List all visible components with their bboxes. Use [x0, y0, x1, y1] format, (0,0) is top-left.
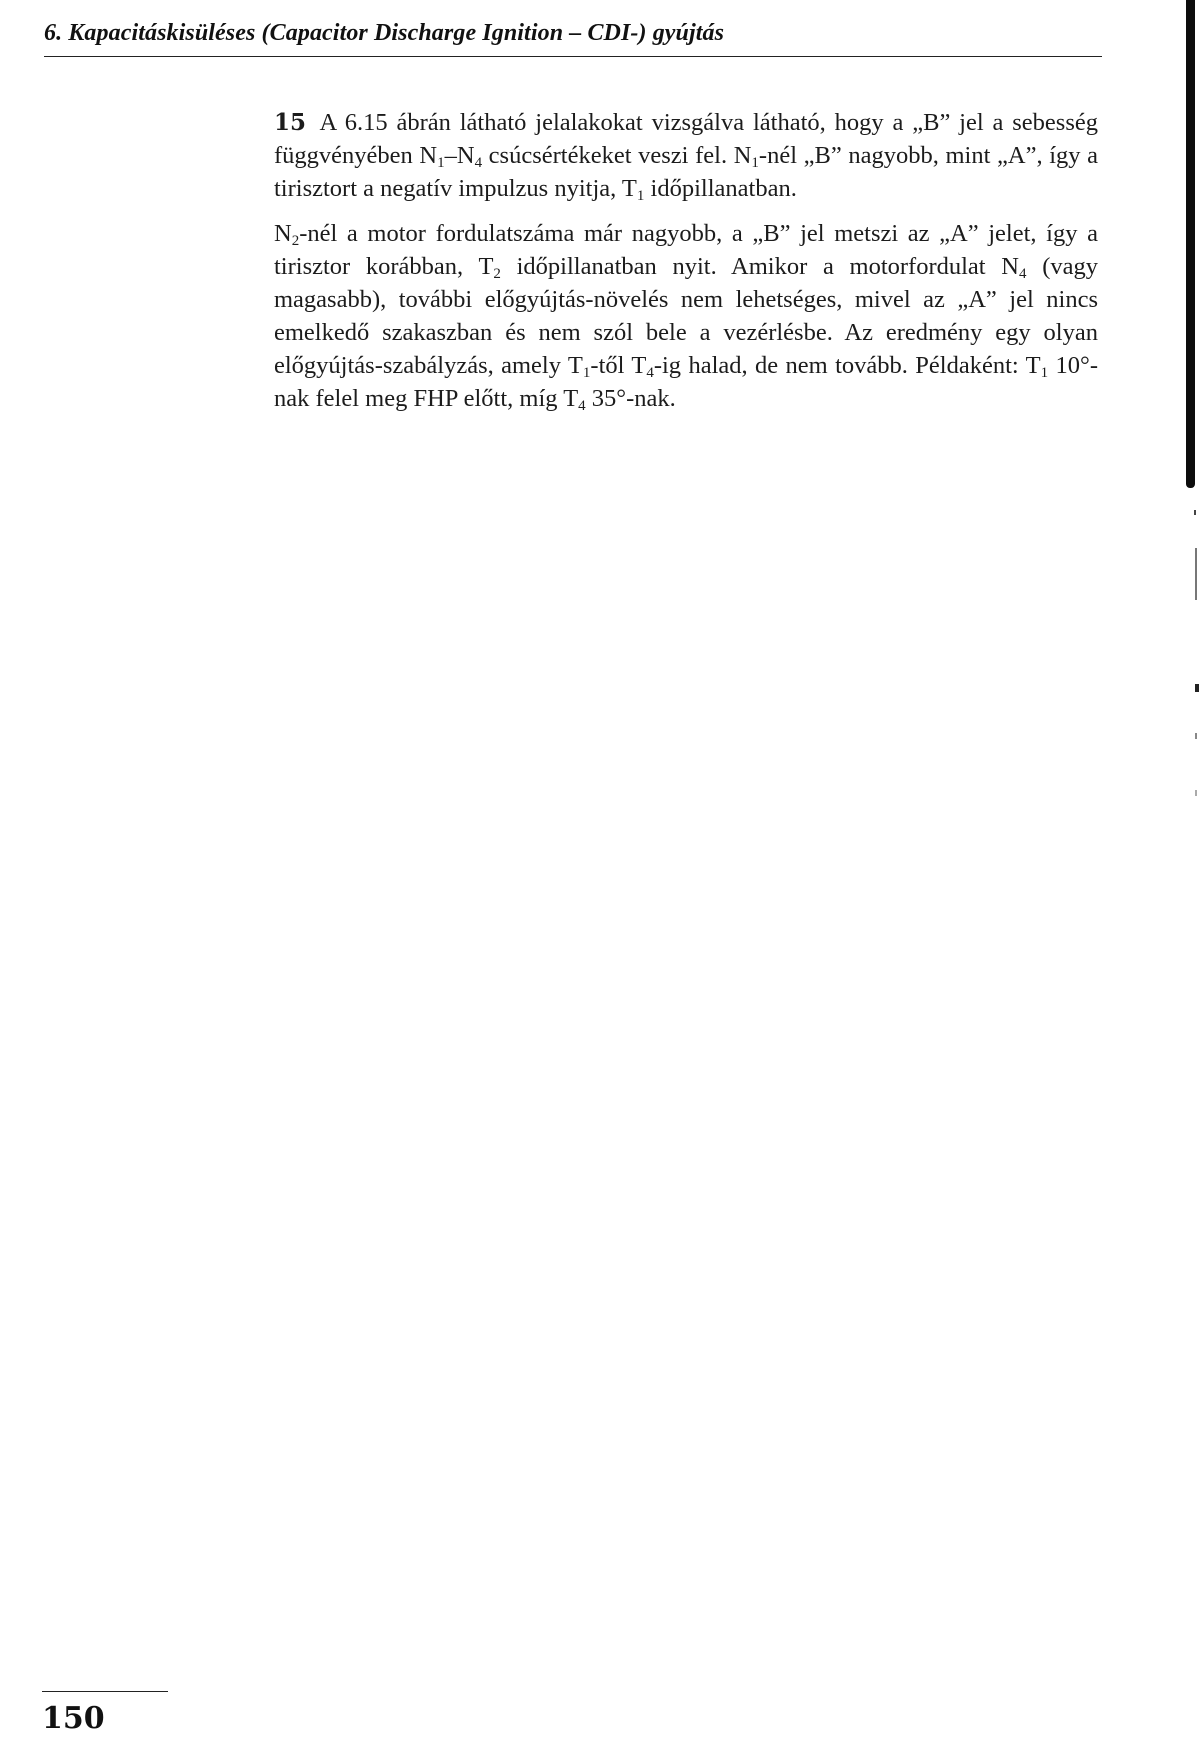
text-run: csúcsértékeket veszi fel. N	[482, 142, 751, 169]
scan-edge-mark	[1194, 510, 1196, 515]
footer-rule	[42, 1691, 168, 1692]
subscript: 4	[1019, 266, 1027, 282]
running-head-chapter-title: 6. Kapacitáskisüléses (Capacitor Dischar…	[44, 18, 1102, 48]
scan-edge-mark	[1195, 733, 1197, 739]
subscript: 2	[493, 266, 501, 282]
subscript: 4	[475, 155, 483, 171]
scan-edge-strip	[1186, 0, 1195, 488]
scan-edge-mark	[1195, 548, 1197, 600]
text-run: –N	[445, 142, 475, 169]
scan-edge-mark	[1195, 790, 1197, 796]
subscript: 1	[437, 155, 445, 171]
text-run: időpillanatban nyit. Amikor a mo­torford…	[501, 253, 1019, 280]
subscript: 4	[578, 398, 586, 414]
paragraph-15: 15 A 6.15 ábrán látható jelalakokat vizs…	[274, 106, 1098, 205]
scan-edge-mark	[1195, 684, 1199, 692]
text-run: időpillanatban.	[644, 175, 796, 202]
subscript: 1	[751, 155, 759, 171]
page-header: 6. Kapacitáskisüléses (Capacitor Dischar…	[44, 18, 1102, 48]
header-rule	[44, 56, 1102, 57]
subscript: 4	[646, 365, 654, 381]
text-run: N	[274, 220, 292, 247]
body-text: 15 A 6.15 ábrán látható jelalakokat vizs…	[274, 106, 1098, 427]
text-run: -ig halad, de nem tovább. Példaként: T	[654, 352, 1041, 379]
paragraph-number: 15	[274, 109, 306, 136]
paragraph-n2: N2-nél a motor fordulatszáma már nagyobb…	[274, 217, 1098, 415]
text-run: 35°-nak.	[586, 385, 676, 412]
text-run: -től T	[590, 352, 646, 379]
page-number: 150	[42, 1702, 105, 1736]
